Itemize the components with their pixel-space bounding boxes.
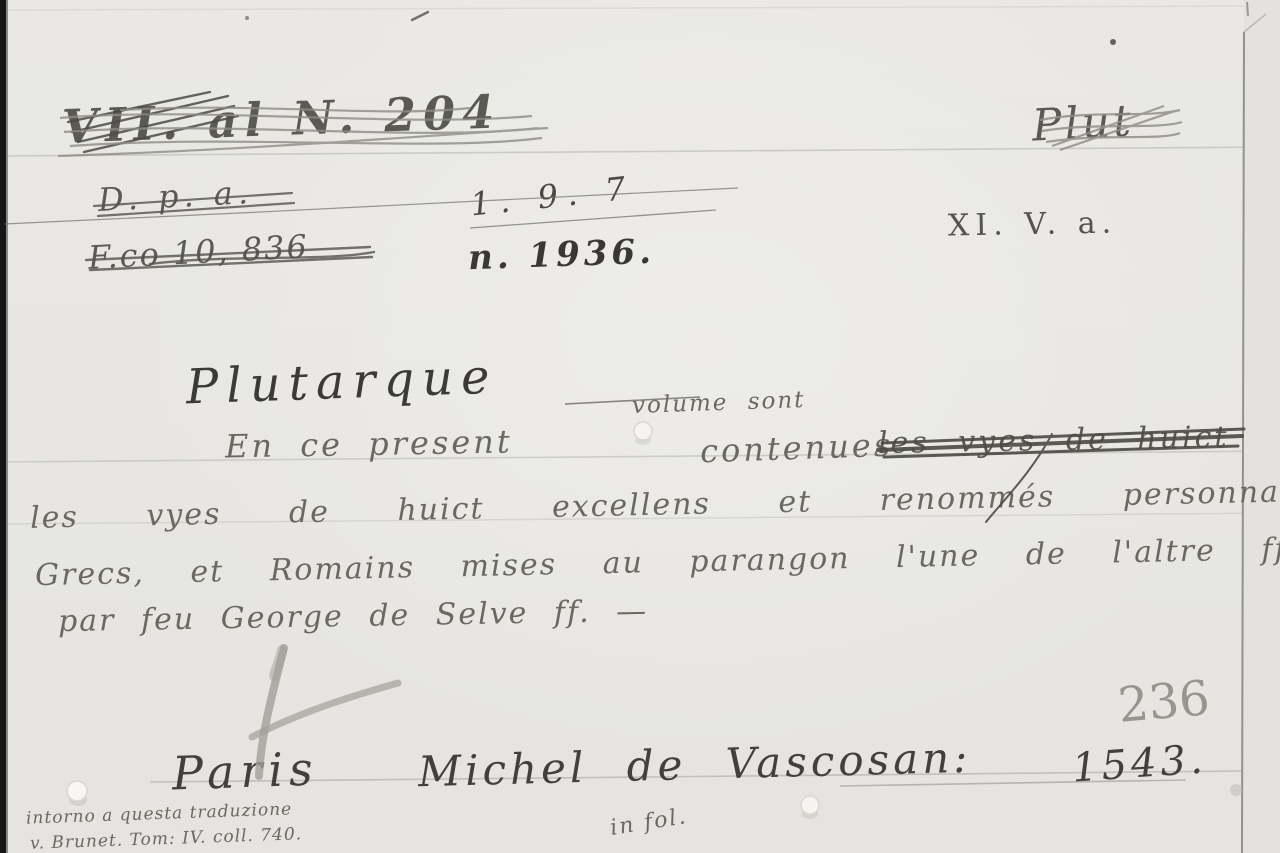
fondo-number-struck: F.co 10, 836 xyxy=(87,230,309,274)
card-right-margin xyxy=(1244,0,1280,853)
title-line2: les vyes de huict excellens et renommés … xyxy=(30,476,1280,534)
pencil-number: 236 xyxy=(1116,674,1211,730)
title-line1-start: En ce present xyxy=(225,425,513,462)
imprint-format: in fol. xyxy=(609,806,689,840)
plut-heading-struck: Plut xyxy=(1031,99,1135,148)
dpa-note-struck: D. p. a. xyxy=(97,176,253,216)
author-heading: Plutarque xyxy=(185,353,498,412)
scan-left-edge xyxy=(0,0,8,853)
title-line1-struck: les vyes de huict xyxy=(878,423,1230,459)
footnote-line2: v. Brunet. Tom: IV. coll. 740. xyxy=(30,826,303,852)
title-line1-mid: contenues xyxy=(700,429,894,468)
catalog-card: VII. al N. 204 Plut D. p. a. F.co 10, 83… xyxy=(0,0,1280,853)
item-number: n. 1936. xyxy=(467,235,655,276)
title-line3: Grecs, et Romains mises au parangon l'un… xyxy=(35,535,1280,591)
old-shelfmark-struck: VII. al N. 204 xyxy=(61,88,502,149)
class-number: 1. 9. 7 xyxy=(469,171,636,220)
imprint-year: 1543. xyxy=(1071,739,1208,788)
imprint-publisher: Michel de Vascosan: xyxy=(418,737,972,793)
shelfmark: XI. V. a. xyxy=(948,209,1118,242)
imprint-place: Paris xyxy=(171,745,319,796)
title-line1-insert: volume sont xyxy=(632,389,806,418)
footnote-line1: intorno a questa traduzione xyxy=(26,801,293,827)
ink-speck xyxy=(1110,39,1116,45)
title-line4: par feu George de Selve ff. — xyxy=(58,597,649,637)
